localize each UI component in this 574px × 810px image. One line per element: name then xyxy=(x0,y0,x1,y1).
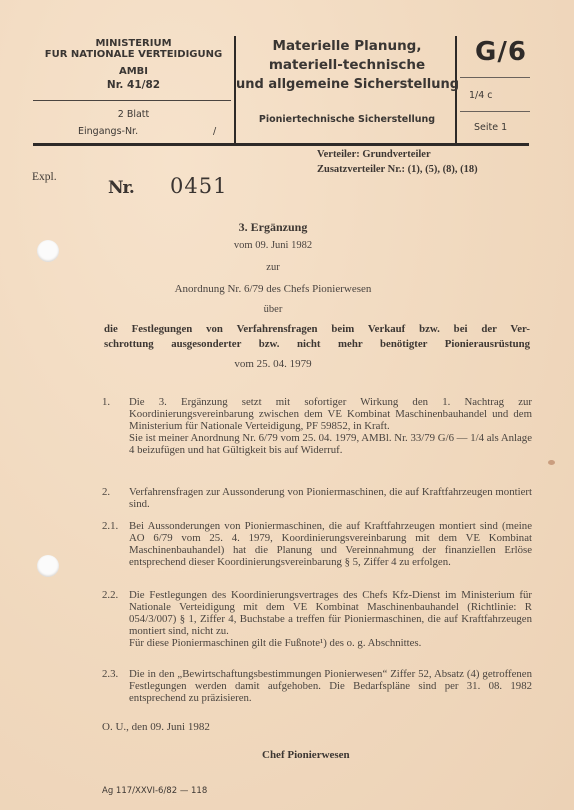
divider xyxy=(33,100,231,101)
entry-number-label: Eingangs-Nr. xyxy=(78,126,138,137)
copy-number: 0451 xyxy=(170,174,227,198)
ministry-line-1: MINISTERIUM xyxy=(33,38,234,49)
header-ministry-block: MINISTERIUM FUR NATIONALE VERTEIDIGUNG A… xyxy=(33,34,234,145)
supplement-date: vom 09. Juni 1982 xyxy=(43,240,503,251)
item-body: Die in den „Bewirtschaftungsbestimmungen… xyxy=(129,668,532,704)
place-date: O. U., den 09. Juni 1982 xyxy=(102,721,210,733)
header-code-block: G/6 1/4 c Seite 1 xyxy=(458,34,538,145)
category-subtitle: Pioniertechnische Sicherstellung xyxy=(236,114,458,125)
category-title-line-3: und allgemeine Sicherstellung xyxy=(236,75,458,94)
print-code: Ag 117/XXVI-6/82 — 118 xyxy=(102,786,207,796)
category-title-line-1: Materielle Planung, xyxy=(236,37,458,56)
item-body: Bei Aussonderungen von Pioniermaschinen,… xyxy=(129,520,532,568)
list-item: 1. Die 3. Ergänzung setzt mit sofortiger… xyxy=(102,396,532,456)
entry-number-separator: / xyxy=(213,126,216,137)
supplement-title: 3. Ergänzung xyxy=(43,220,503,235)
ministry-line-2: FUR NATIONALE VERTEIDIGUNG xyxy=(33,49,234,60)
item-number: 2.1. xyxy=(102,520,128,532)
to-word: zur xyxy=(43,262,503,273)
item-number: 1. xyxy=(102,396,128,408)
subcode: 1/4 c xyxy=(469,90,493,101)
list-item: 2. Verfahrensfragen zur Aussonderung von… xyxy=(102,486,532,510)
order-reference: Anordnung Nr. 6/79 des Chefs Pionierwese… xyxy=(43,283,503,295)
header-category-block: Materielle Planung, materiell-technische… xyxy=(236,34,456,145)
copy-nr-label: Nr. xyxy=(108,178,134,198)
item-body: Verfahrensfragen zur Aussonderung von Pi… xyxy=(129,486,532,510)
distribution-list: Verteiler: Grundverteiler Zusatzverteile… xyxy=(317,147,478,177)
item-body: Die Festlegungen des Koordinierungsvertr… xyxy=(129,589,532,649)
subject-line-2: schrottung ausgesonderter bzw. nicht meh… xyxy=(104,337,530,352)
list-item: 2.3. Die in den „Bewirtschaftungsbestimm… xyxy=(102,668,532,704)
ambi-label: AMBI xyxy=(33,66,234,77)
divider xyxy=(460,77,530,78)
stain xyxy=(548,460,555,465)
subject-line-1: die Festlegungen von Verfahrensfragen be… xyxy=(104,322,530,337)
item-paragraph: Bei Aussonderungen von Pioniermaschinen,… xyxy=(129,520,532,568)
about-word: über xyxy=(43,304,503,315)
order-date: vom 25. 04. 1979 xyxy=(43,358,503,370)
page-number: Seite 1 xyxy=(474,122,507,133)
item-paragraph: Sie ist meiner Anordnung Nr. 6/79 vom 25… xyxy=(129,432,532,456)
distribution-additional: Zusatzverteiler Nr.: (1), (5), (8), (18) xyxy=(317,162,478,177)
distribution-basic: Verteiler: Grundverteiler xyxy=(317,147,478,162)
issue-number: Nr. 41/82 xyxy=(33,80,234,91)
list-item: 2.2. Die Festlegungen des Koordinierungs… xyxy=(102,589,532,649)
sheet-count: 2 Blatt xyxy=(33,109,234,120)
item-paragraph: Die Festlegungen des Koordinierungsvertr… xyxy=(129,589,532,637)
category-title: Materielle Planung, materiell-technische… xyxy=(236,37,458,94)
list-item: 2.1. Bei Aussonderungen von Pioniermasch… xyxy=(102,520,532,568)
copy-label: Expl. xyxy=(32,171,57,183)
signature: Chef Pionierwesen xyxy=(262,749,350,761)
item-paragraph: Die 3. Ergänzung setzt mit sofortiger Wi… xyxy=(129,396,532,432)
item-number: 2.2. xyxy=(102,589,128,601)
item-body: Die 3. Ergänzung setzt mit sofortiger Wi… xyxy=(129,396,532,456)
item-number: 2.3. xyxy=(102,668,128,680)
item-paragraph: Die in den „Bewirtschaftungsbestimmungen… xyxy=(129,668,532,704)
punch-hole xyxy=(37,240,59,262)
ministry-name: MINISTERIUM FUR NATIONALE VERTEIDIGUNG xyxy=(33,38,234,60)
subject: die Festlegungen von Verfahrensfragen be… xyxy=(104,322,530,352)
category-title-line-2: materiell-technische xyxy=(236,56,458,75)
divider xyxy=(460,111,530,112)
item-paragraph: Verfahrensfragen zur Aussonderung von Pi… xyxy=(129,486,532,510)
punch-hole xyxy=(37,555,59,577)
item-number: 2. xyxy=(102,486,128,498)
document-code: G/6 xyxy=(475,37,527,67)
item-paragraph: Für diese Pioniermaschinen gilt die Fußn… xyxy=(129,637,532,649)
